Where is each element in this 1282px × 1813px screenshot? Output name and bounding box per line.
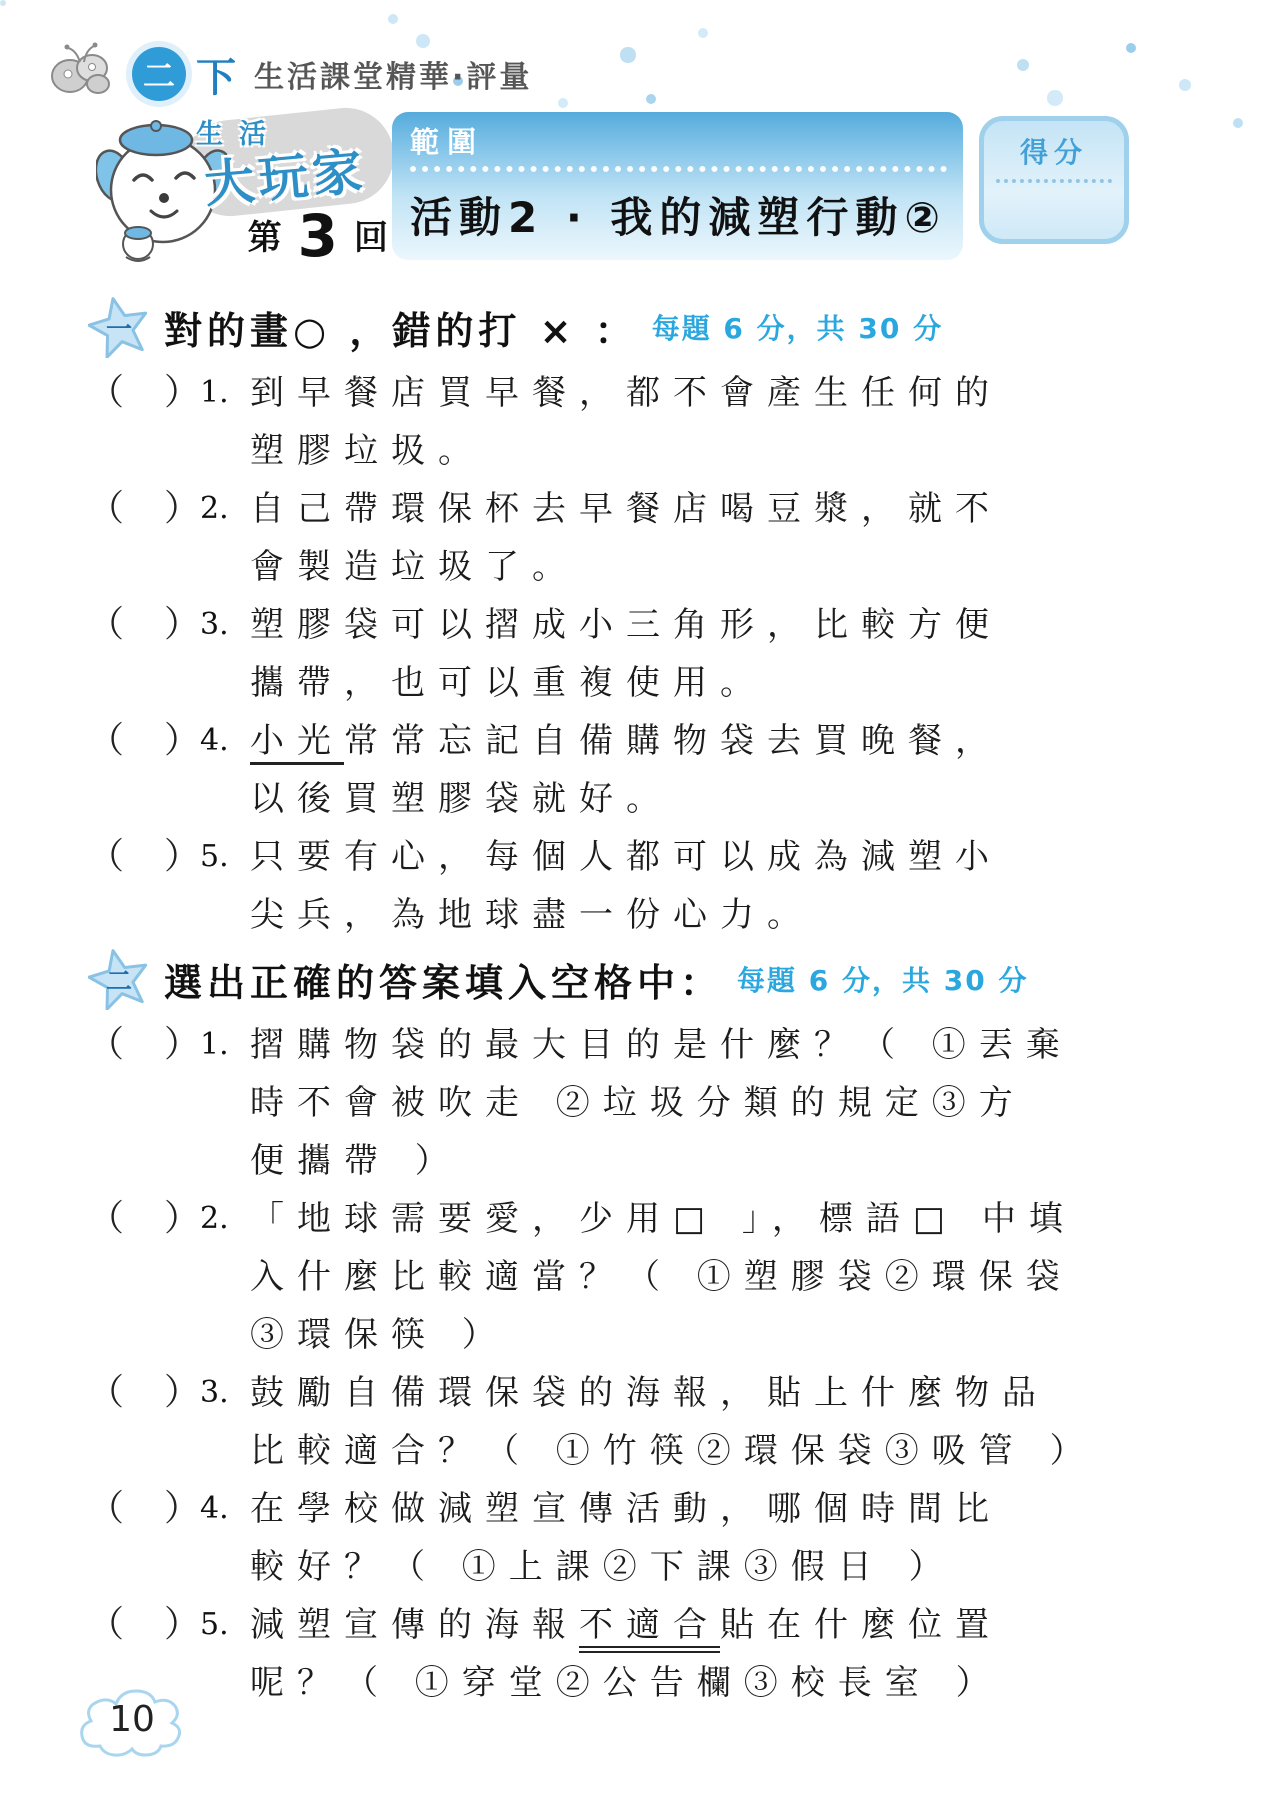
section-instruction: 對的畫○ ，錯的打 × ： — [164, 300, 638, 355]
question-row: （）4.在學校做減塑宣傳活動，哪個時間比較好？（ ①上課②下課③假日 ） — [88, 1480, 1052, 1596]
question-text: 到早餐店買早餐，都不會產生任何的塑膠垃圾。 — [250, 364, 1052, 480]
title-banner: 生活 大玩家 第 3 回 範圍 活動2 · 我的減塑行動② 得分 — [100, 112, 1092, 262]
round-number: 3 — [298, 210, 338, 262]
question-row: （）2.自己帶環保杯去早餐店喝豆漿，就不會製造垃圾了。 — [88, 480, 1052, 596]
range-box: 範圍 活動2 · 我的減塑行動② — [392, 112, 963, 260]
section-2: 二 選出正確的答案填入空格中： 每題 6 分，共 30 分 （）1.摺購物袋的最… — [88, 948, 1052, 1712]
page-number-cloud: 10 — [72, 1678, 192, 1762]
activity-title: 活動2 · 我的減塑行動② — [410, 185, 947, 245]
grade-badge: 二 — [132, 47, 186, 101]
section-star-icon: 一 — [88, 296, 150, 358]
question-number: 2. — [200, 480, 250, 538]
section-instruction: 選出正確的答案填入空格中： — [164, 952, 723, 1007]
question-text: 小光常常忘記自備購物袋去買晚餐，以後買塑膠袋就好。 — [250, 712, 1052, 828]
section-star-icon: 二 — [88, 948, 150, 1010]
answer-blank[interactable]: （） — [88, 596, 200, 654]
logo-main-text: 大玩家 — [201, 131, 369, 217]
answer-blank[interactable]: （） — [88, 480, 200, 538]
question-text: 只要有心，每個人都可以成為減塑小尖兵，為地球盡一份心力。 — [250, 828, 1052, 944]
question-row: （）1.摺購物袋的最大目的是什麼？（ ①丟棄時不會被吹走 ②垃圾分類的規定③方便… — [88, 1016, 1052, 1190]
question-area: 一 對的畫○ ，錯的打 × ： 每題 6 分，共 30 分 （）1.到早餐店買早… — [88, 292, 1052, 1712]
question-number: 1. — [200, 1016, 250, 1074]
decor-dots — [0, 0, 6, 6]
question-number: 3. — [200, 596, 250, 654]
answer-blank[interactable]: （） — [88, 364, 200, 422]
page-header: 二 下 生活課堂精華·評量 — [46, 40, 532, 108]
question-number: 4. — [200, 1480, 250, 1538]
grade-suffix: 下 — [196, 46, 236, 103]
range-dotted-line — [410, 166, 947, 172]
question-text: 自己帶環保杯去早餐店喝豆漿，就不會製造垃圾了。 — [250, 480, 1052, 596]
answer-blank[interactable]: （） — [88, 1480, 200, 1538]
answer-blank[interactable]: （） — [88, 712, 200, 770]
question-row: （）4.小光常常忘記自備購物袋去買晚餐，以後買塑膠袋就好。 — [88, 712, 1052, 828]
section-numeral: 一 — [88, 296, 150, 358]
answer-blank[interactable]: （） — [88, 1596, 200, 1654]
answer-blank[interactable]: （） — [88, 1016, 200, 1074]
question-text: 「地球需要愛，少用□ 」，標語□ 中填入什麼比較適當？（ ①塑膠袋②環保袋③環保… — [250, 1190, 1076, 1364]
question-row: （）5.減塑宣傳的海報不適合貼在什麼位置呢？（ ①穿堂②公告欄③校長室 ） — [88, 1596, 1052, 1712]
section-scoring: 每題 6 分，共 30 分 — [652, 307, 943, 347]
question-row: （）5.只要有心，每個人都可以成為減塑小尖兵，為地球盡一份心力。 — [88, 828, 1052, 944]
section-1-header: 一 對的畫○ ，錯的打 × ： 每題 6 分，共 30 分 — [88, 296, 1052, 358]
round-label: 第 3 回 — [248, 210, 388, 262]
question-text: 鼓勵自備環保袋的海報，貼上什麼物品比較適合？（ ①竹筷②環保袋③吸管 ） — [250, 1364, 1097, 1480]
answer-blank[interactable]: （） — [88, 828, 200, 886]
butterfly-icon — [46, 40, 128, 108]
section-numeral: 二 — [88, 948, 150, 1010]
page-number: 10 — [72, 1684, 192, 1756]
question-number: 3. — [200, 1364, 250, 1422]
score-label: 得分 — [996, 131, 1112, 171]
question-list: （）1.到早餐店買早餐，都不會產生任何的塑膠垃圾。（）2.自己帶環保杯去早餐店喝… — [88, 364, 1052, 944]
question-row: （）3.塑膠袋可以摺成小三角形，比較方便攜帶，也可以重複使用。 — [88, 596, 1052, 712]
question-text: 在學校做減塑宣傳活動，哪個時間比較好？（ ①上課②下課③假日 ） — [250, 1480, 1052, 1596]
brand-block: 生活 大玩家 第 3 回 — [100, 112, 392, 262]
question-text: 減塑宣傳的海報不適合貼在什麼位置呢？（ ①穿堂②公告欄③校長室 ） — [250, 1596, 1052, 1712]
question-list: （）1.摺購物袋的最大目的是什麼？（ ①丟棄時不會被吹走 ②垃圾分類的規定③方便… — [88, 1016, 1052, 1712]
range-label: 範圍 — [410, 120, 947, 161]
question-number: 5. — [200, 1596, 250, 1654]
question-number: 1. — [200, 364, 250, 422]
answer-blank[interactable]: （） — [88, 1190, 200, 1248]
question-text: 摺購物袋的最大目的是什麼？（ ①丟棄時不會被吹走 ②垃圾分類的規定③方便攜帶 ） — [250, 1016, 1073, 1190]
score-box[interactable]: 得分 — [979, 116, 1129, 244]
score-dotted-line — [996, 179, 1112, 183]
section-scoring: 每題 6 分，共 30 分 — [737, 959, 1028, 999]
question-number: 5. — [200, 828, 250, 886]
question-row: （）1.到早餐店買早餐，都不會產生任何的塑膠垃圾。 — [88, 364, 1052, 480]
question-number: 4. — [200, 712, 250, 770]
question-text: 塑膠袋可以摺成小三角形，比較方便攜帶，也可以重複使用。 — [250, 596, 1052, 712]
answer-blank[interactable]: （） — [88, 1364, 200, 1422]
section-2-header: 二 選出正確的答案填入空格中： 每題 6 分，共 30 分 — [88, 948, 1052, 1010]
question-number: 2. — [200, 1190, 250, 1248]
question-row: （）2.「地球需要愛，少用□ 」，標語□ 中填入什麼比較適當？（ ①塑膠袋②環保… — [88, 1190, 1052, 1364]
section-1: 一 對的畫○ ，錯的打 × ： 每題 6 分，共 30 分 （）1.到早餐店買早… — [88, 296, 1052, 944]
worksheet-page: 二 下 生活課堂精華·評量 生活 大玩家 — [0, 0, 1282, 1813]
series-title: 生活課堂精華·評量 — [254, 52, 532, 96]
question-row: （）3.鼓勵自備環保袋的海報，貼上什麼物品比較適合？（ ①竹筷②環保袋③吸管 ） — [88, 1364, 1052, 1480]
